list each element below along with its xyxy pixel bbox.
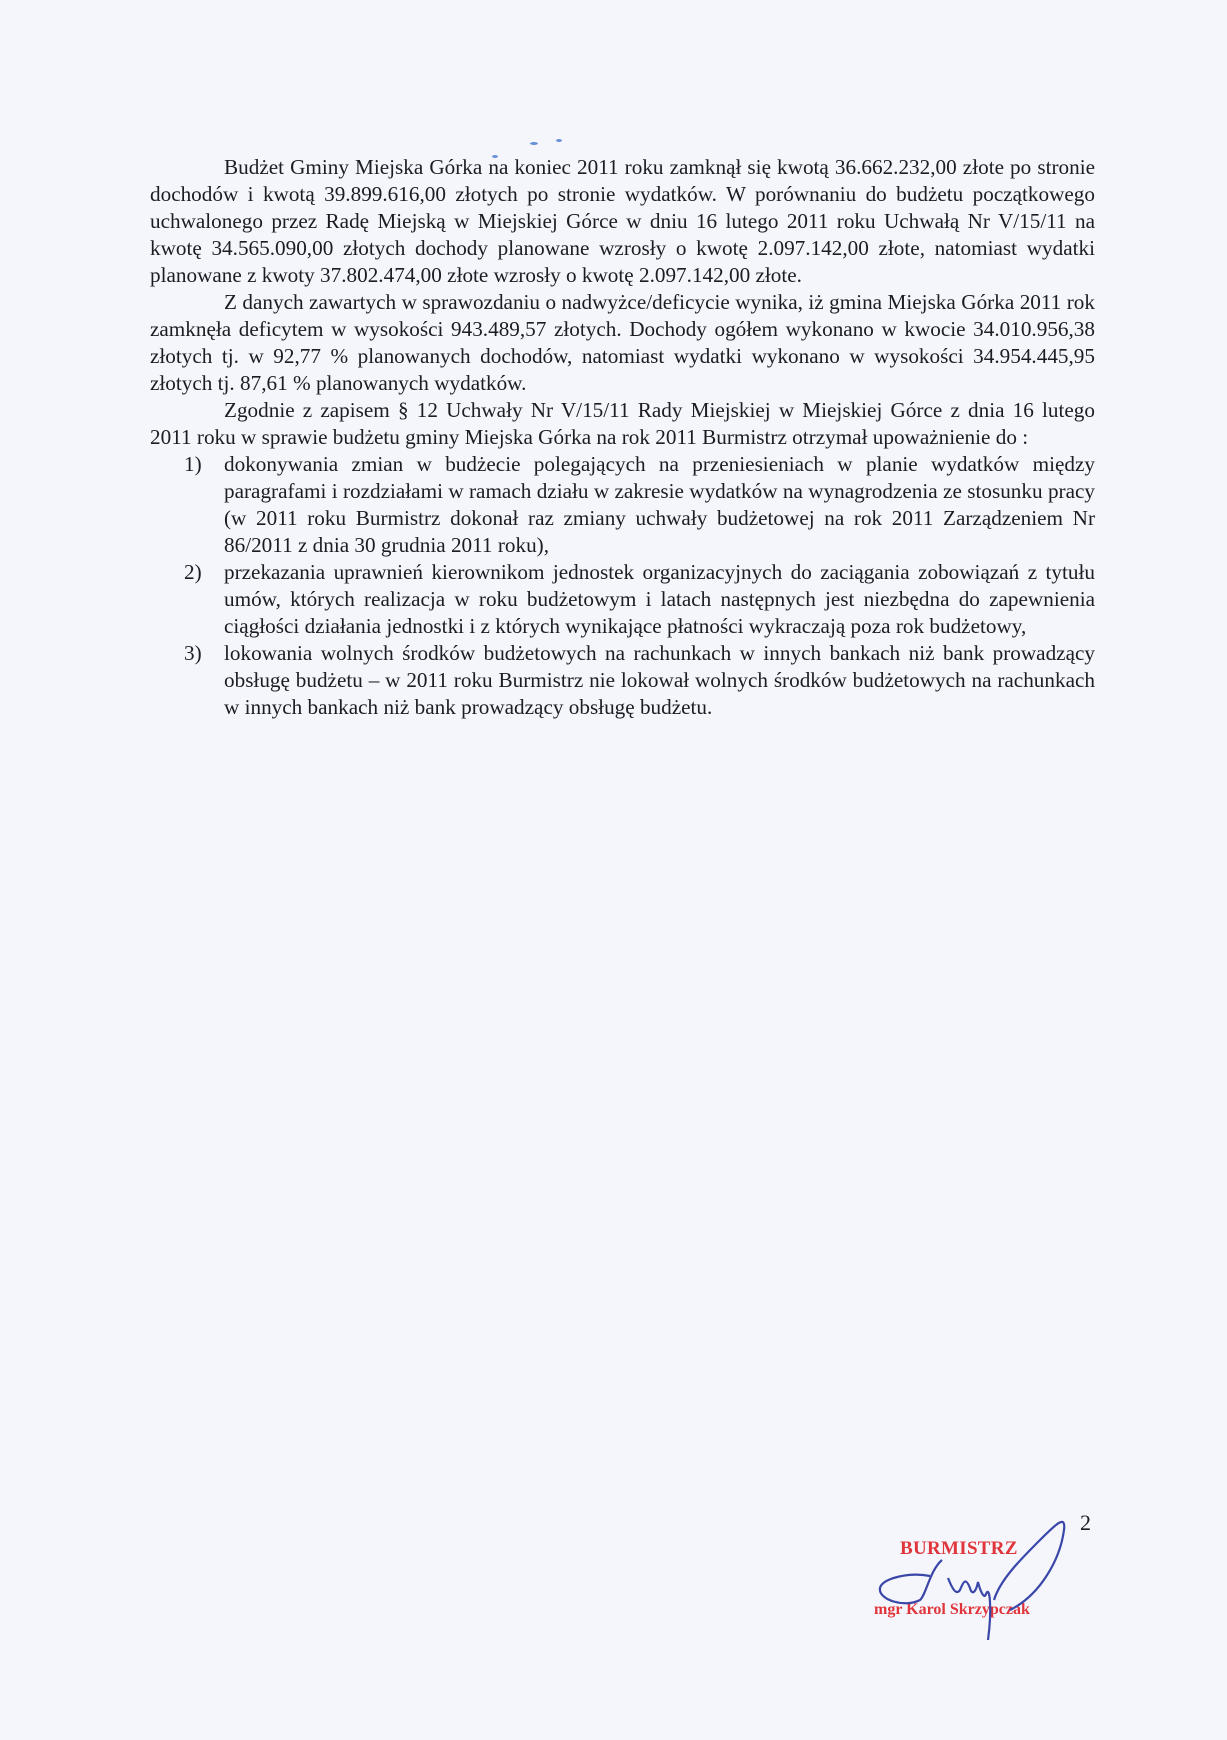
paragraph-budget-summary: Budżet Gminy Miejska Górka na koniec 201…	[150, 154, 1095, 289]
authorization-list: 1) dokonywania zmian w budżecie polegają…	[150, 451, 1095, 721]
paragraph-deficit: Z danych zawartych w sprawozdaniu o nadw…	[150, 289, 1095, 397]
signature-icon	[860, 1500, 1120, 1660]
scan-speck	[530, 142, 538, 145]
official-stamp: BURMISTRZ mgr Karol Skrzypczak	[860, 1500, 1120, 1660]
document-page: Budżet Gminy Miejska Górka na koniec 201…	[150, 154, 1095, 721]
list-item-text: lokowania wolnych środków budżetowych na…	[224, 641, 1095, 719]
scan-speck	[556, 139, 562, 142]
paragraph-authorization: Zgodnie z zapisem § 12 Uchwały Nr V/15/1…	[150, 397, 1095, 451]
list-item: 2) przekazania uprawnień kierownikom jed…	[150, 559, 1095, 640]
list-item-text: przekazania uprawnień kierownikom jednos…	[224, 560, 1095, 638]
list-item: 3) lokowania wolnych środków budżetowych…	[150, 640, 1095, 721]
list-item-number: 1)	[184, 451, 202, 478]
list-item: 1) dokonywania zmian w budżecie polegają…	[150, 451, 1095, 559]
list-item-text: dokonywania zmian w budżecie polegającyc…	[224, 452, 1095, 557]
list-item-number: 2)	[184, 559, 202, 586]
list-item-number: 3)	[184, 640, 202, 667]
